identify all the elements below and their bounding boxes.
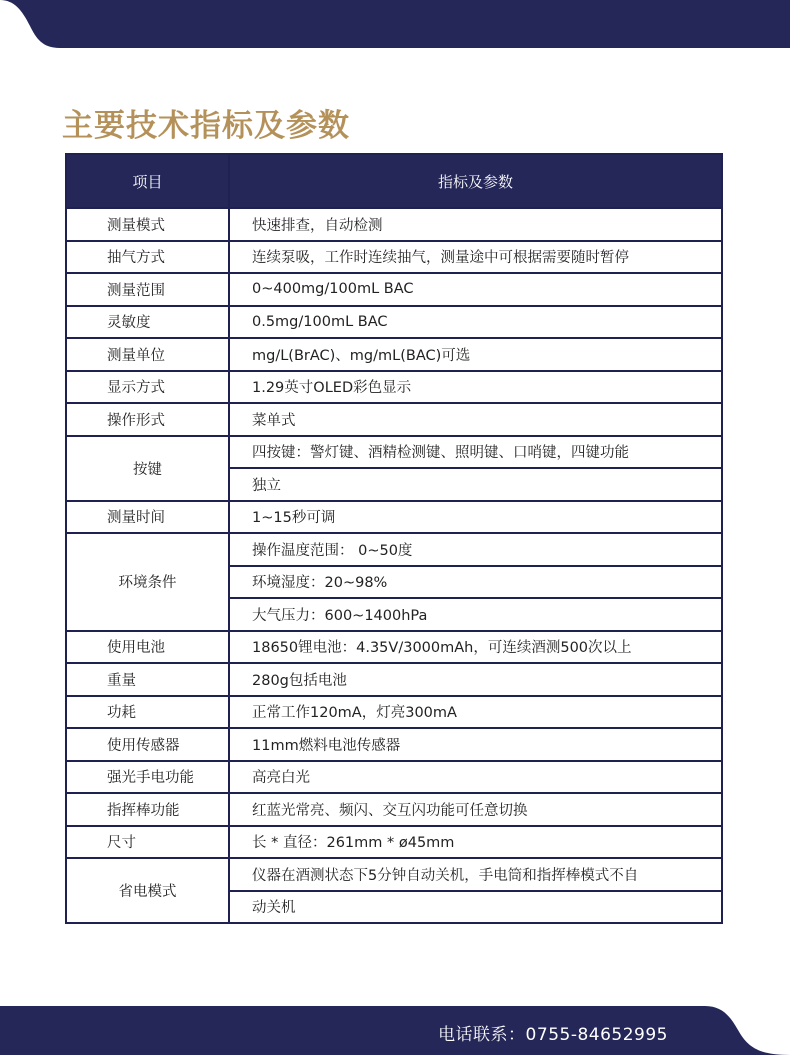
- table-row: 环境条件操作温度范围： 0~50度: [66, 533, 722, 566]
- row-label: 灵敏度: [66, 306, 229, 339]
- spec-table: 项目 指标及参数 测量模式快速排查，自动检测抽气方式连续泵吸，工作时连续抽气，测…: [65, 153, 723, 924]
- table-row: 按键四按键：警灯键、酒精检测键、照明键、口哨键，四键功能: [66, 436, 722, 469]
- row-value: 快速排查，自动检测: [229, 208, 722, 241]
- contact-phone: 电话联系：0755-84652995: [438, 1020, 668, 1045]
- row-value: 1.29英寸OLED彩色显示: [229, 371, 722, 404]
- row-label: 操作形式: [66, 403, 229, 436]
- row-label: 抽气方式: [66, 241, 229, 274]
- row-label: 环境条件: [66, 533, 229, 631]
- row-value: 环境湿度：20~98%: [229, 566, 722, 599]
- header-item: 项目: [66, 154, 229, 208]
- row-label: 使用传感器: [66, 728, 229, 761]
- row-label: 按键: [66, 436, 229, 501]
- row-value: 连续泵吸，工作时连续抽气，测量途中可根据需要随时暂停: [229, 241, 722, 274]
- row-value: 仪器在酒测状态下5分钟自动关机，手电筒和指挥棒模式不自: [229, 858, 722, 891]
- row-value: 0.5mg/100mL BAC: [229, 306, 722, 339]
- spec-table-body: 测量模式快速排查，自动检测抽气方式连续泵吸，工作时连续抽气，测量途中可根据需要随…: [66, 208, 722, 923]
- page-title: 主要技术指标及参数: [62, 100, 350, 145]
- row-value: 操作温度范围： 0~50度: [229, 533, 722, 566]
- row-value: 独立: [229, 468, 722, 501]
- table-row: 重量280g包括电池: [66, 663, 722, 696]
- row-value: 11mm燃料电池传感器: [229, 728, 722, 761]
- row-label: 使用电池: [66, 631, 229, 664]
- row-value: 长 * 直径：261mm * ø45mm: [229, 826, 722, 859]
- table-row: 使用电池18650锂电池：4.35V/3000mAh，可连续酒测500次以上: [66, 631, 722, 664]
- row-value: 红蓝光常亮、频闪、交互闪功能可任意切换: [229, 793, 722, 826]
- row-value: 18650锂电池：4.35V/3000mAh，可连续酒测500次以上: [229, 631, 722, 664]
- table-header-row: 项目 指标及参数: [66, 154, 722, 208]
- table-row: 测量模式快速排查，自动检测: [66, 208, 722, 241]
- row-value: 0~400mg/100mL BAC: [229, 273, 722, 306]
- row-label: 测量时间: [66, 501, 229, 534]
- table-row: 测量范围0~400mg/100mL BAC: [66, 273, 722, 306]
- table-row: 功耗正常工作120mA，灯亮300mA: [66, 696, 722, 729]
- row-value: 大气压力：600~1400hPa: [229, 598, 722, 631]
- row-label: 测量范围: [66, 273, 229, 306]
- table-row: 省电模式仪器在酒测状态下5分钟自动关机，手电筒和指挥棒模式不自: [66, 858, 722, 891]
- bottom-decorative-band: [0, 1006, 790, 1055]
- row-label: 尺寸: [66, 826, 229, 859]
- table-row: 尺寸长 * 直径：261mm * ø45mm: [66, 826, 722, 859]
- row-value: 高亮白光: [229, 761, 722, 794]
- table-row: 显示方式1.29英寸OLED彩色显示: [66, 371, 722, 404]
- row-value: mg/L(BrAC)、mg/mL(BAC)可选: [229, 338, 722, 371]
- row-value: 动关机: [229, 891, 722, 924]
- row-label: 测量单位: [66, 338, 229, 371]
- table-row: 使用传感器11mm燃料电池传感器: [66, 728, 722, 761]
- row-label: 重量: [66, 663, 229, 696]
- row-label: 省电模式: [66, 858, 229, 923]
- row-value: 四按键：警灯键、酒精检测键、照明键、口哨键，四键功能: [229, 436, 722, 469]
- row-value: 菜单式: [229, 403, 722, 436]
- table-row: 抽气方式连续泵吸，工作时连续抽气，测量途中可根据需要随时暂停: [66, 241, 722, 274]
- row-label: 强光手电功能: [66, 761, 229, 794]
- row-value: 1~15秒可调: [229, 501, 722, 534]
- row-label: 指挥棒功能: [66, 793, 229, 826]
- table-row: 操作形式菜单式: [66, 403, 722, 436]
- table-row: 指挥棒功能红蓝光常亮、频闪、交互闪功能可任意切换: [66, 793, 722, 826]
- header-value: 指标及参数: [229, 154, 722, 208]
- table-row: 测量单位mg/L(BrAC)、mg/mL(BAC)可选: [66, 338, 722, 371]
- row-label: 功耗: [66, 696, 229, 729]
- top-decorative-band: [0, 0, 790, 48]
- row-value: 正常工作120mA，灯亮300mA: [229, 696, 722, 729]
- row-value: 280g包括电池: [229, 663, 722, 696]
- table-row: 灵敏度0.5mg/100mL BAC: [66, 306, 722, 339]
- table-row: 强光手电功能高亮白光: [66, 761, 722, 794]
- row-label: 显示方式: [66, 371, 229, 404]
- table-row: 测量时间1~15秒可调: [66, 501, 722, 534]
- row-label: 测量模式: [66, 208, 229, 241]
